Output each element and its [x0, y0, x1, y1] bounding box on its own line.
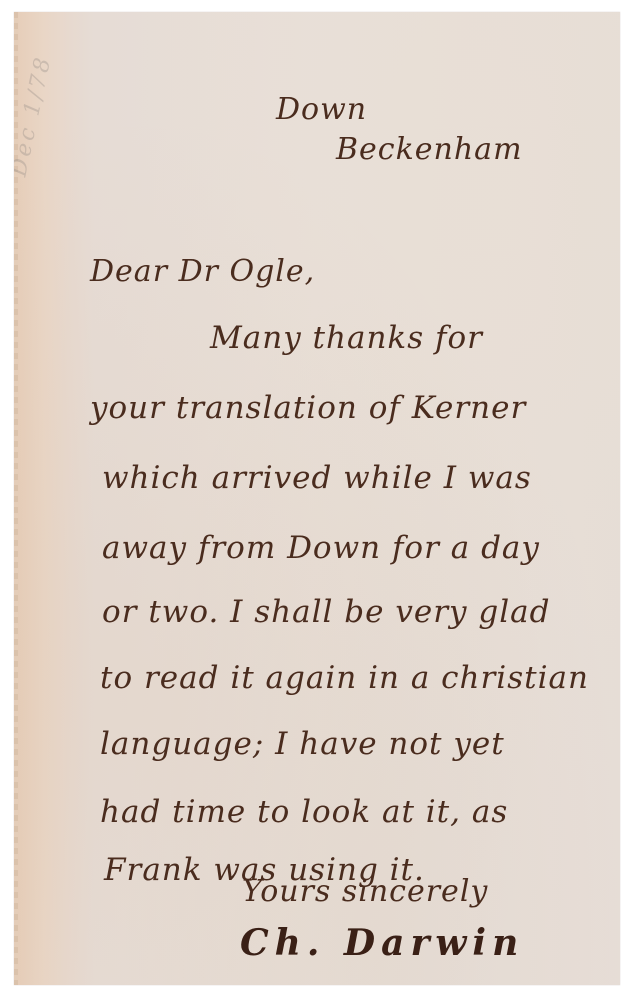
signature: Ch. Darwin [240, 922, 524, 964]
salutation: Dear Dr Ogle, [90, 254, 315, 289]
body-line: your translation of Kerner [90, 390, 526, 426]
body-line: language; I have not yet [100, 726, 505, 762]
body-line: had time to look at it, as [100, 794, 508, 830]
body-line: away from Down for a day [102, 530, 540, 566]
address-line-2: Beckenham [336, 132, 523, 167]
address-line-1: Down [276, 92, 367, 127]
body-line: Many thanks for [210, 320, 483, 356]
margin-pencil-note: Dec 1/78 [14, 105, 187, 209]
body-line: or two. I shall be very glad [102, 594, 550, 630]
body-line: to read it again in a christian [100, 660, 589, 696]
body-line: which arrived while I was [102, 460, 532, 496]
letter-page: Dec 1/78 Down Beckenham Dear Dr Ogle, Ma… [14, 12, 620, 985]
closing: Yours sincerely [242, 874, 488, 909]
